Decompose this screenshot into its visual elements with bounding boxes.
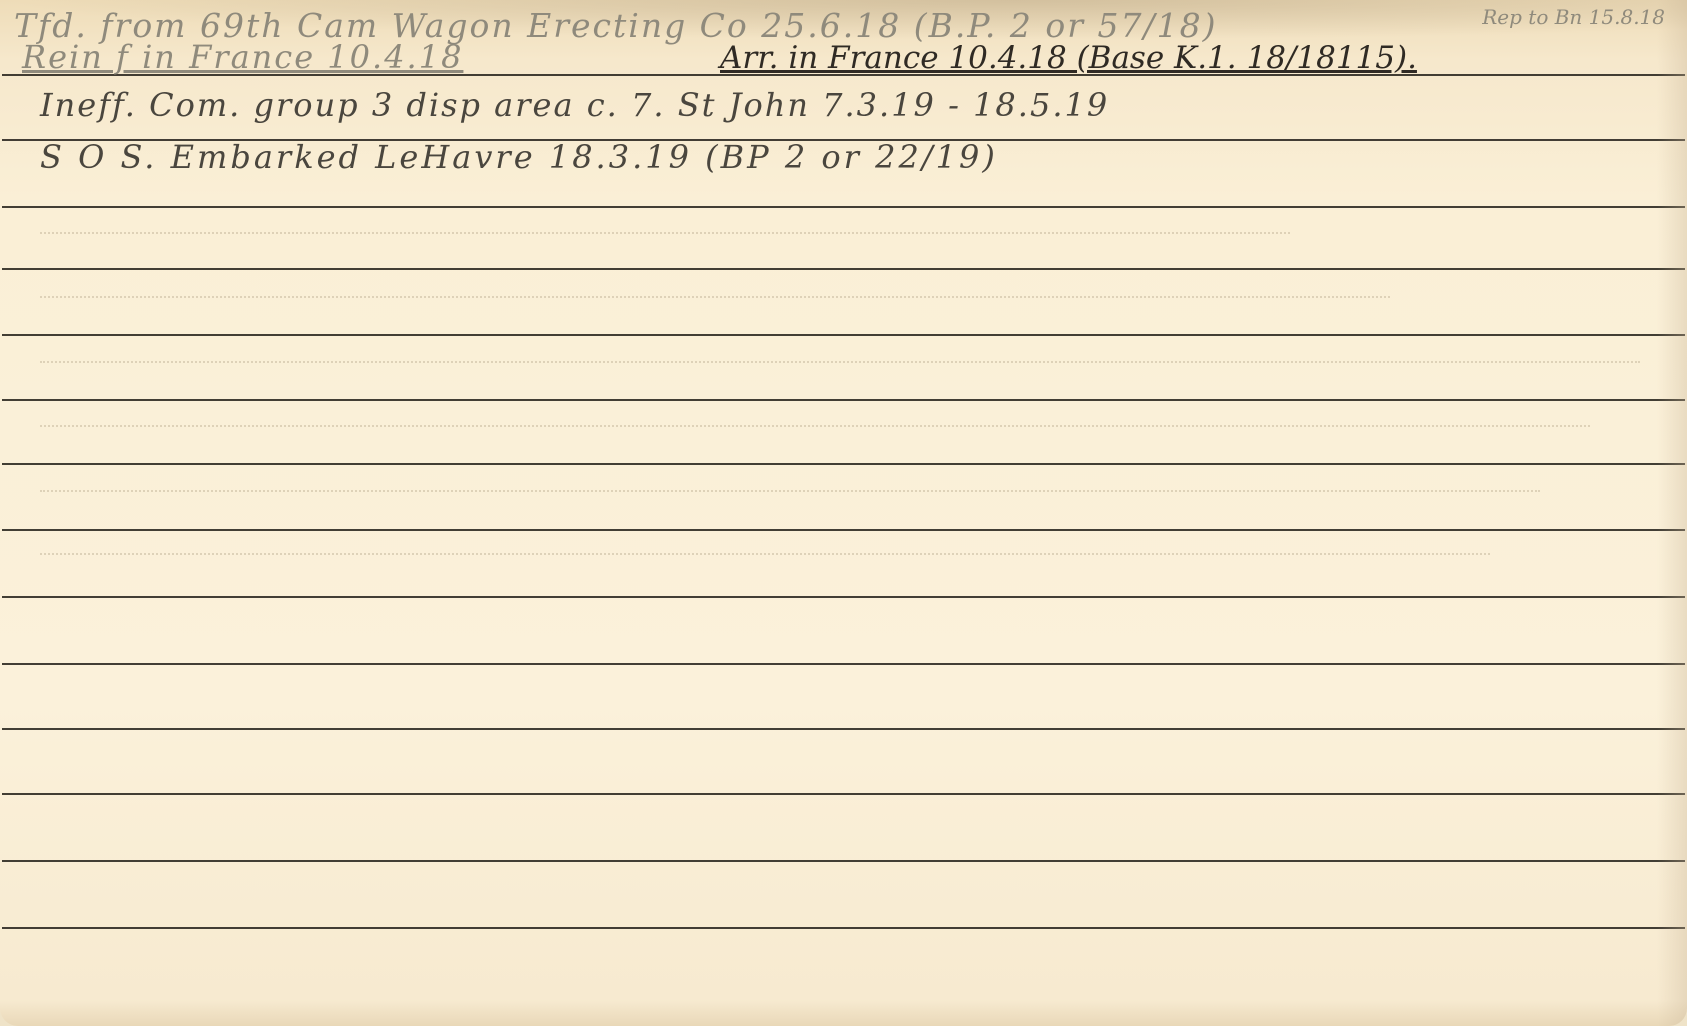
bleed-through-trace bbox=[40, 553, 1490, 555]
rule-line-10 bbox=[2, 663, 1685, 665]
bleed-through-trace bbox=[40, 425, 1590, 427]
entry-margin-note: Rep to Bn 15.8.18 bbox=[1395, 6, 1665, 28]
bleed-through-trace bbox=[40, 296, 1390, 298]
entry-arrival-france: Arr. in France 10.4.18 (Base K.1. 18/181… bbox=[720, 40, 1417, 76]
rule-line-8 bbox=[2, 529, 1685, 531]
entry-reinforcement: Rein f in France 10.4.18 bbox=[22, 38, 463, 76]
index-card: Tfd. from 69th Cam Wagon Erecting Co 25.… bbox=[0, 0, 1687, 1026]
bleed-through-trace bbox=[40, 232, 1290, 234]
bleed-through-trace bbox=[40, 361, 1640, 363]
entry-ineffective-group: Ineff. Com. group 3 disp area c. 7. St J… bbox=[40, 86, 1109, 124]
rule-line-9 bbox=[2, 596, 1685, 598]
rule-line-11 bbox=[2, 728, 1685, 730]
rule-line-3 bbox=[2, 206, 1685, 208]
rule-line-14 bbox=[2, 927, 1685, 929]
rule-line-6 bbox=[2, 399, 1685, 401]
rule-line-7 bbox=[2, 463, 1685, 465]
entry-embarkation: S O S. Embarked LeHavre 18.3.19 (BP 2 or… bbox=[40, 138, 998, 176]
bleed-through-trace bbox=[40, 490, 1540, 492]
rule-line-4 bbox=[2, 268, 1685, 270]
rule-line-12 bbox=[2, 793, 1685, 795]
rule-line-5 bbox=[2, 334, 1685, 336]
rule-line-13 bbox=[2, 860, 1685, 862]
